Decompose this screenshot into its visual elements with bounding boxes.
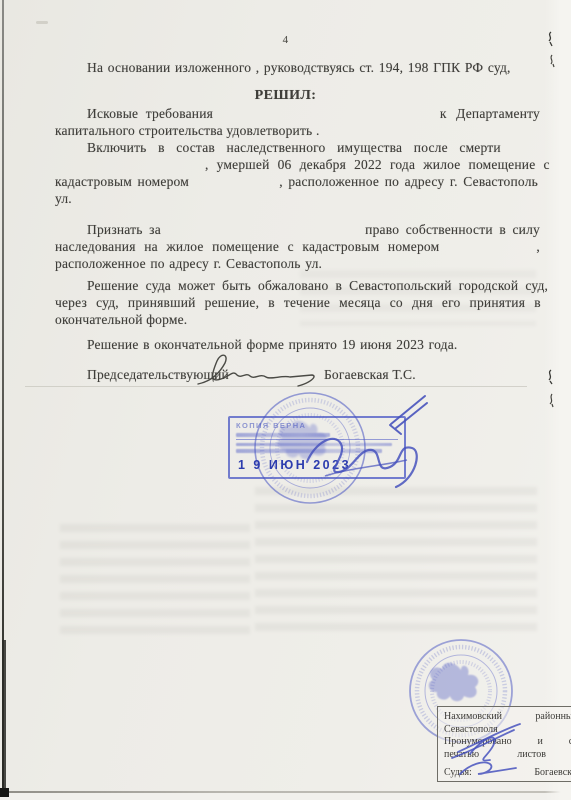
appeal-line1: Решение суда может быть обжаловано в Сев…	[87, 277, 548, 294]
judge-signature	[192, 350, 332, 392]
appeal-line2: через суд, принявший решение, в течение …	[55, 294, 541, 311]
recognize-line2-right: ,	[536, 238, 540, 255]
recognize-line1-left: Признать за	[87, 221, 161, 238]
include-line3-right: , расположенное по адресу г. Севастополь	[279, 173, 538, 190]
recognize-line2: наследования на жилое помещение с кадаст…	[55, 238, 540, 255]
claims-line1-right: к Департаменту	[440, 105, 540, 122]
ruling-heading: РЕШИЛ:	[0, 87, 571, 104]
recognize-line2-left: наследования на жилое помещение с кадаст…	[55, 238, 439, 255]
appeal-line3: окончательной форме.	[55, 311, 187, 328]
binding-mark	[546, 53, 560, 69]
include-line2: , умершей 06 декабря 2022 года жилое пом…	[205, 156, 550, 173]
intro-line: На основании изложенного , руководствуяс…	[87, 59, 511, 76]
scanned-court-decision-page: 4 На основании изложенного , руководству…	[0, 0, 571, 800]
include-line3: кадастровым номером , расположенное по а…	[55, 173, 538, 190]
binding-mark	[546, 392, 560, 408]
include-line4: ул.	[55, 190, 72, 207]
include-line3-left: кадастровым номером	[55, 173, 189, 190]
presiding-name: Богаевская Т.С.	[324, 367, 416, 382]
recognize-line1-right: право собственности в силу	[365, 221, 540, 238]
pencil-dash-mark	[36, 21, 48, 24]
binding-mark	[544, 30, 558, 48]
scan-left-edge-dark	[2, 640, 6, 792]
claims-line1: Исковые требования к Департаменту	[87, 105, 540, 122]
recognize-line1: Признать за право собственности в силу	[87, 221, 540, 238]
scan-corner-mark	[0, 788, 9, 797]
binding-mark	[544, 368, 558, 386]
scan-bottom-edge	[0, 791, 571, 793]
bleed-through-text	[60, 520, 250, 640]
recognize-line3: расположенное по адресу г. Севастополь у…	[55, 255, 322, 272]
claims-line1-left: Исковые требования	[87, 105, 213, 122]
scan-bottom-margin	[0, 793, 571, 800]
judge-box-signature	[440, 722, 568, 784]
claims-line2: капитального строительства удовлетворить…	[55, 122, 320, 139]
include-line1: Включить в состав наследственного имущес…	[87, 139, 501, 156]
page-number: 4	[0, 32, 571, 49]
clerk-signature	[295, 388, 440, 493]
